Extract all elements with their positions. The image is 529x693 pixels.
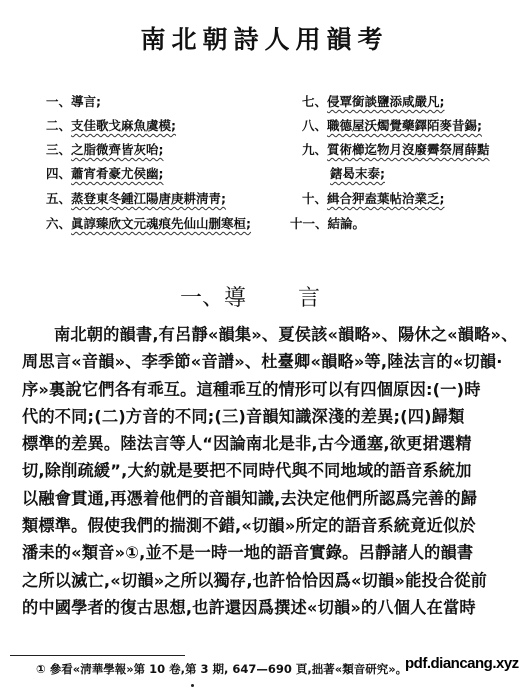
toc-text: 結論。 [328, 216, 366, 231]
toc-item: 七、侵覃銜談鹽添咸嚴凡; [302, 94, 445, 110]
toc-num: 一、 [46, 94, 71, 110]
toc-item: 十一、結論。 [290, 216, 365, 232]
body-paragraph: 南北朝的韻書,有呂靜«韻集»、夏侯該«韻略»、陽休之«韻略»、 周思言«音韻»、… [22, 321, 512, 621]
toc-text: 質術櫛迄物月沒廢霽祭屑薛黠 [327, 142, 490, 157]
toc-num: 九、 [302, 142, 327, 158]
watermark: pdf.diancang.xyz [405, 655, 519, 672]
footnote-divider [10, 655, 185, 656]
body-line: 之所以滅亡,«切韻»之所以獨存,也許恰恰因爲«切韻»能投合從前 [22, 567, 512, 594]
body-line: 潘耒的«類音»①,並不是一時一地的語音實錄。呂靜諸人的韻書 [22, 539, 512, 566]
toc-num: 十一、 [290, 216, 328, 232]
toc-item: 八、職德屋沃燭覺藥鐸陌麥昔錫; [302, 118, 482, 134]
toc-text: 導言; [71, 94, 101, 109]
toc-item: 三、之脂微齊皆灰咍; [46, 142, 164, 158]
toc-num: 四、 [46, 166, 71, 182]
toc-text: 蕭宵肴豪尤侯幽; [71, 166, 164, 181]
toc-text: 侵覃銜談鹽添咸嚴凡; [327, 94, 445, 109]
toc-text: 職德屋沃燭覺藥鐸陌麥昔錫; [327, 118, 482, 133]
toc-text: 眞諄臻欣文元魂痕先仙山删寒桓; [71, 216, 251, 231]
toc-num: 八、 [302, 118, 327, 134]
footnote-marker: ① [36, 662, 46, 676]
toc-text: 支佳歌戈麻魚虞模; [71, 118, 176, 133]
body-line: 南北朝的韻書,有呂靜«韻集»、夏侯該«韻略»、陽休之«韻略»、 [22, 321, 512, 348]
toc-num: 七、 [302, 94, 327, 110]
toc-num: 十、 [302, 191, 327, 207]
section-heading-text: 言 [298, 286, 320, 311]
toc-item: 五、蒸登東冬鍾江陽唐庚耕淸靑; [46, 191, 226, 207]
toc-num: 五、 [46, 191, 71, 207]
toc-text: 緝合狎盍葉帖洽業乏; [327, 191, 445, 206]
section-heading-number: 一、導 [180, 286, 246, 311]
body-line: 周思言«音韻»、李季節«音譜»、杜臺卿«韻略»等,陸法言的«切韻· [22, 348, 512, 375]
toc-item: 十、緝合狎盍葉帖洽業乏; [302, 191, 445, 207]
toc-item: 九、質術櫛迄物月沒廢霽祭屑薛黠 [302, 142, 490, 158]
toc-num: 二、 [46, 118, 71, 134]
body-line: 代的不同;(二)方音的不同;(三)音韻知識深淺的差異;(四)歸類 [22, 403, 512, 430]
toc-num: 六、 [46, 216, 71, 232]
toc-num: 三、 [46, 142, 71, 158]
body-line: 序»裏說它們各有乖互。這種乖互的情形可以有四個原因:(一)時 [22, 376, 512, 403]
toc-item: 六、眞諄臻欣文元魂痕先仙山删寒桓; [46, 216, 251, 232]
toc-text: 鎋曷末泰; [330, 166, 385, 181]
toc-item: 二、支佳歌戈麻魚虞模; [46, 118, 176, 134]
body-line: 類標準。假使我們的揣測不錯,«切韻»所定的語音系統竟近似於 [22, 512, 512, 539]
toc-text: 蒸登東冬鍾江陽唐庚耕淸靑; [71, 191, 226, 206]
toc-text: 之脂微齊皆灰咍; [71, 142, 164, 157]
toc-item: 四、蕭宵肴豪尤侯幽; [46, 166, 164, 182]
body-line: 的中國學者的復古思想,也許還因爲撰述«切韻»的八個人在當時 [22, 594, 512, 621]
section-heading: 一、導言 [180, 281, 320, 312]
footnote-text: 參看«淸華學報»第 10 卷,第 3 期, 647—690 頁,拙著«類音研究»… [50, 662, 407, 676]
page-title: 南北朝詩人用韻考 [0, 20, 529, 56]
footnote: ① 參看«淸華學報»第 10 卷,第 3 期, 647—690 頁,拙著«類音研… [36, 661, 407, 677]
body-line: 標準的差異。陸法言等人“因論南北是非,古今通塞,欲更捃選精 [22, 430, 512, 457]
toc-item: 鎋曷末泰; [330, 166, 385, 182]
body-line: 切,除削疏緩”,大約就是要把不同時代與不同地域的語音系統加 [22, 457, 512, 484]
toc-item: 一、導言; [46, 94, 101, 110]
body-line: 以融會貫通,再憑着他們的音韻知識,去決定他們所認爲完善的歸 [22, 485, 512, 512]
scan-speck [191, 684, 194, 687]
